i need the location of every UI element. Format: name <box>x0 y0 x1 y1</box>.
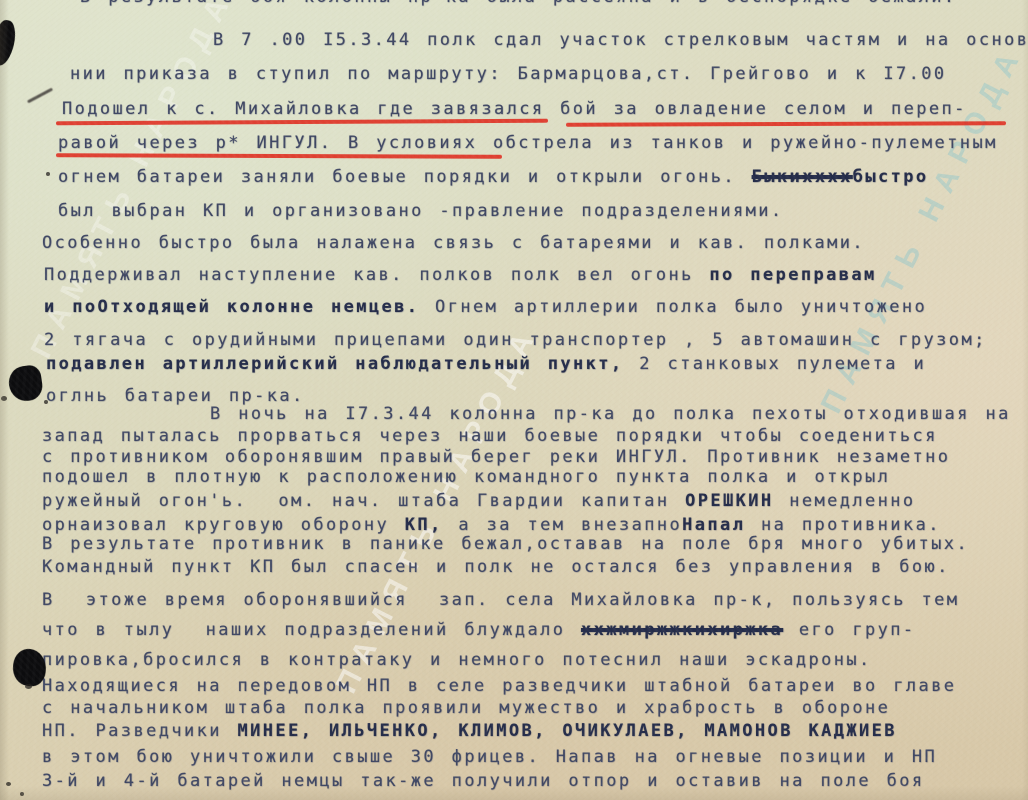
typewritten-text: немедленно <box>774 491 916 511</box>
text-line: был выбран КП и организовано -правление … <box>58 201 784 222</box>
overstruck-bold-text: КП, <box>405 515 443 535</box>
overstruck-bold-text: по переправам <box>709 265 876 285</box>
typewritten-text: Командный пункт КП был спасен и полк не … <box>42 557 950 577</box>
text-line: запад пыталась прорваться через наши бое… <box>42 426 938 447</box>
typewritten-text: на противника. <box>745 515 941 535</box>
overstruck-bold-text: ОРЕШКИН <box>685 491 773 511</box>
text-line: 3-й и 4-й батарей немцы так-же получили … <box>42 771 925 792</box>
typewritten-text: а за тем внезапно <box>443 515 682 535</box>
text-line: равой через р* ИНГУЛ. В условиях обстрел… <box>58 133 998 154</box>
text-line: ружейный огон'ь. ом. нач. штаба Гвардии … <box>42 491 916 512</box>
typewritten-text: 3-й и 4-й батарей немцы так-же получили … <box>42 771 925 791</box>
document-scan-page: ПАМЯТЬ НАРОДАПАМЯТЬ НАРОДАПАМЯТЬ НАРОДА … <box>0 0 1028 800</box>
text-line: нии приказа в ступил по маршруту: Бармар… <box>70 64 947 85</box>
text-line: огнем батареи заняли боевые порядки и от… <box>58 167 929 188</box>
typewritten-text: орнаизовал круговую оборону <box>42 515 405 535</box>
text-line: 2 тягача с орудийными прицепами один тра… <box>44 330 987 351</box>
typewritten-text: Поддерживал наступление кав. полков полк… <box>44 265 709 285</box>
text-line: В результате противник в панике бежал,ос… <box>42 534 969 555</box>
typewritten-text: нии приказа в ступил по маршруту: Бармар… <box>70 64 947 84</box>
typewritten-text: с начальником штаба полка проявили мужес… <box>42 698 890 718</box>
typewritten-text: с противником оборонявшим правый берег р… <box>42 447 950 467</box>
typewritten-text: его груп- <box>783 620 915 640</box>
text-line: в этом бою уничтожили свыше 30 фрицев. Н… <box>42 747 937 768</box>
overstruck-bold-text: Напал <box>682 515 745 535</box>
typewritten-text: пировка,бросился в контратаку и немного … <box>42 650 872 670</box>
overstruck-bold-text: быстро <box>853 167 929 187</box>
typewritten-text: Огнем артиллерии полка было уничтожено <box>419 297 927 317</box>
text-line: Особенно быстро была налажена связь с ба… <box>42 233 865 254</box>
text-line: Подошел к с. Михайловка где завязался бо… <box>62 99 967 120</box>
text-line: пировка,бросился в контратаку и немного … <box>42 650 872 671</box>
typewritten-text: подошел в плотную к расположению командн… <box>42 467 890 487</box>
typewritten-text: 2 тягача с орудийными прицепами один тра… <box>44 330 987 350</box>
typewritten-text: Особенно быстро была налажена связь с ба… <box>42 233 865 253</box>
overtyped-strikeout-text: Быкихххх <box>752 167 853 187</box>
overstruck-bold-text: и поОтходящей колонне немцев. <box>44 297 419 317</box>
paper-speck <box>46 172 50 176</box>
text-line: Командный пункт КП был спасен и полк не … <box>42 557 950 578</box>
typewritten-text: огнем батареи заняли боевые порядки и от… <box>58 167 752 187</box>
text-line: НП. Разведчики МИНЕЕ, ИЛЬЧЕНКО, КЛИМОВ, … <box>42 721 897 742</box>
overtyped-strikeout-text: ххжмиржжкихиржка <box>581 620 783 640</box>
text-line: В результате боя колонны пр-ка была расс… <box>80 0 957 8</box>
typewritten-text: запад пыталась прорваться через наши бое… <box>42 426 938 446</box>
typewritten-text: что в тылу наших подразделений блуждало <box>42 620 581 640</box>
text-line: Поддерживал наступление кав. полков полк… <box>44 265 877 286</box>
text-line: Находящиеся на передовом НП в селе разве… <box>42 676 956 697</box>
typewritten-text: равой через р* ИНГУЛ. В условиях обстрел… <box>58 133 998 153</box>
typewritten-text: В ночь на I7.3.44 колонна пр-ка до полка… <box>210 404 1011 424</box>
text-line: орнаизовал круговую оборону КП, а за тем… <box>42 515 941 536</box>
typewritten-text: оглнь батареи пр-ка. <box>46 386 305 406</box>
typewritten-text: В результате боя колонны пр-ка была расс… <box>80 0 957 7</box>
text-line: с противником оборонявшим правый берег р… <box>42 447 950 468</box>
text-line: подавлен артиллерийский наблюдательный п… <box>46 354 926 375</box>
text-line: В этоже время оборонявшийся зап. села Ми… <box>42 590 959 611</box>
text-line: В 7 .00 I5.3.44 полк сдал участок стрелк… <box>213 30 1028 51</box>
paper-speck <box>44 400 48 404</box>
typewritten-text: был выбран КП и организовано -правление … <box>58 201 784 221</box>
typewritten-text: 2 станковых пулемета и <box>624 354 927 374</box>
typewritten-text: НП. Разведчики <box>42 721 238 741</box>
text-line: В ночь на I7.3.44 колонна пр-ка до полка… <box>210 404 1011 425</box>
text-line: с начальником штаба полка проявили мужес… <box>42 698 890 719</box>
typewritten-text: Находящиеся на передовом НП в селе разве… <box>42 676 956 696</box>
text-line: что в тылу наших подразделений блуждало … <box>42 620 916 641</box>
paper-speck <box>6 782 11 786</box>
typewritten-text: ружейный огон'ь. ом. нач. штаба Гвардии … <box>42 491 685 511</box>
text-line: подошел в плотную к расположению командн… <box>42 467 890 488</box>
text-line: и поОтходящей колонне немцев. Огнем арти… <box>44 297 927 318</box>
typewritten-text: Подошел к с. Михайловка где завязался бо… <box>62 99 967 119</box>
paper-speck <box>1 396 7 401</box>
overstruck-bold-text: подавлен артиллерийский наблюдательный п… <box>46 354 624 374</box>
paper-speck <box>20 792 24 796</box>
typewritten-text: в этом бою уничтожили свыше 30 фрицев. Н… <box>42 747 937 767</box>
typewritten-text: В этоже время оборонявшийся зап. села Ми… <box>42 590 959 610</box>
typewritten-text: В 7 .00 I5.3.44 полк сдал участок стрелк… <box>213 30 1028 50</box>
overstruck-bold-text: МИНЕЕ, ИЛЬЧЕНКО, КЛИМОВ, ОЧИКУЛАЕВ, МАМО… <box>238 721 897 741</box>
typewritten-text: В результате противник в панике бежал,ос… <box>42 534 969 554</box>
paper-speck <box>25 684 32 689</box>
